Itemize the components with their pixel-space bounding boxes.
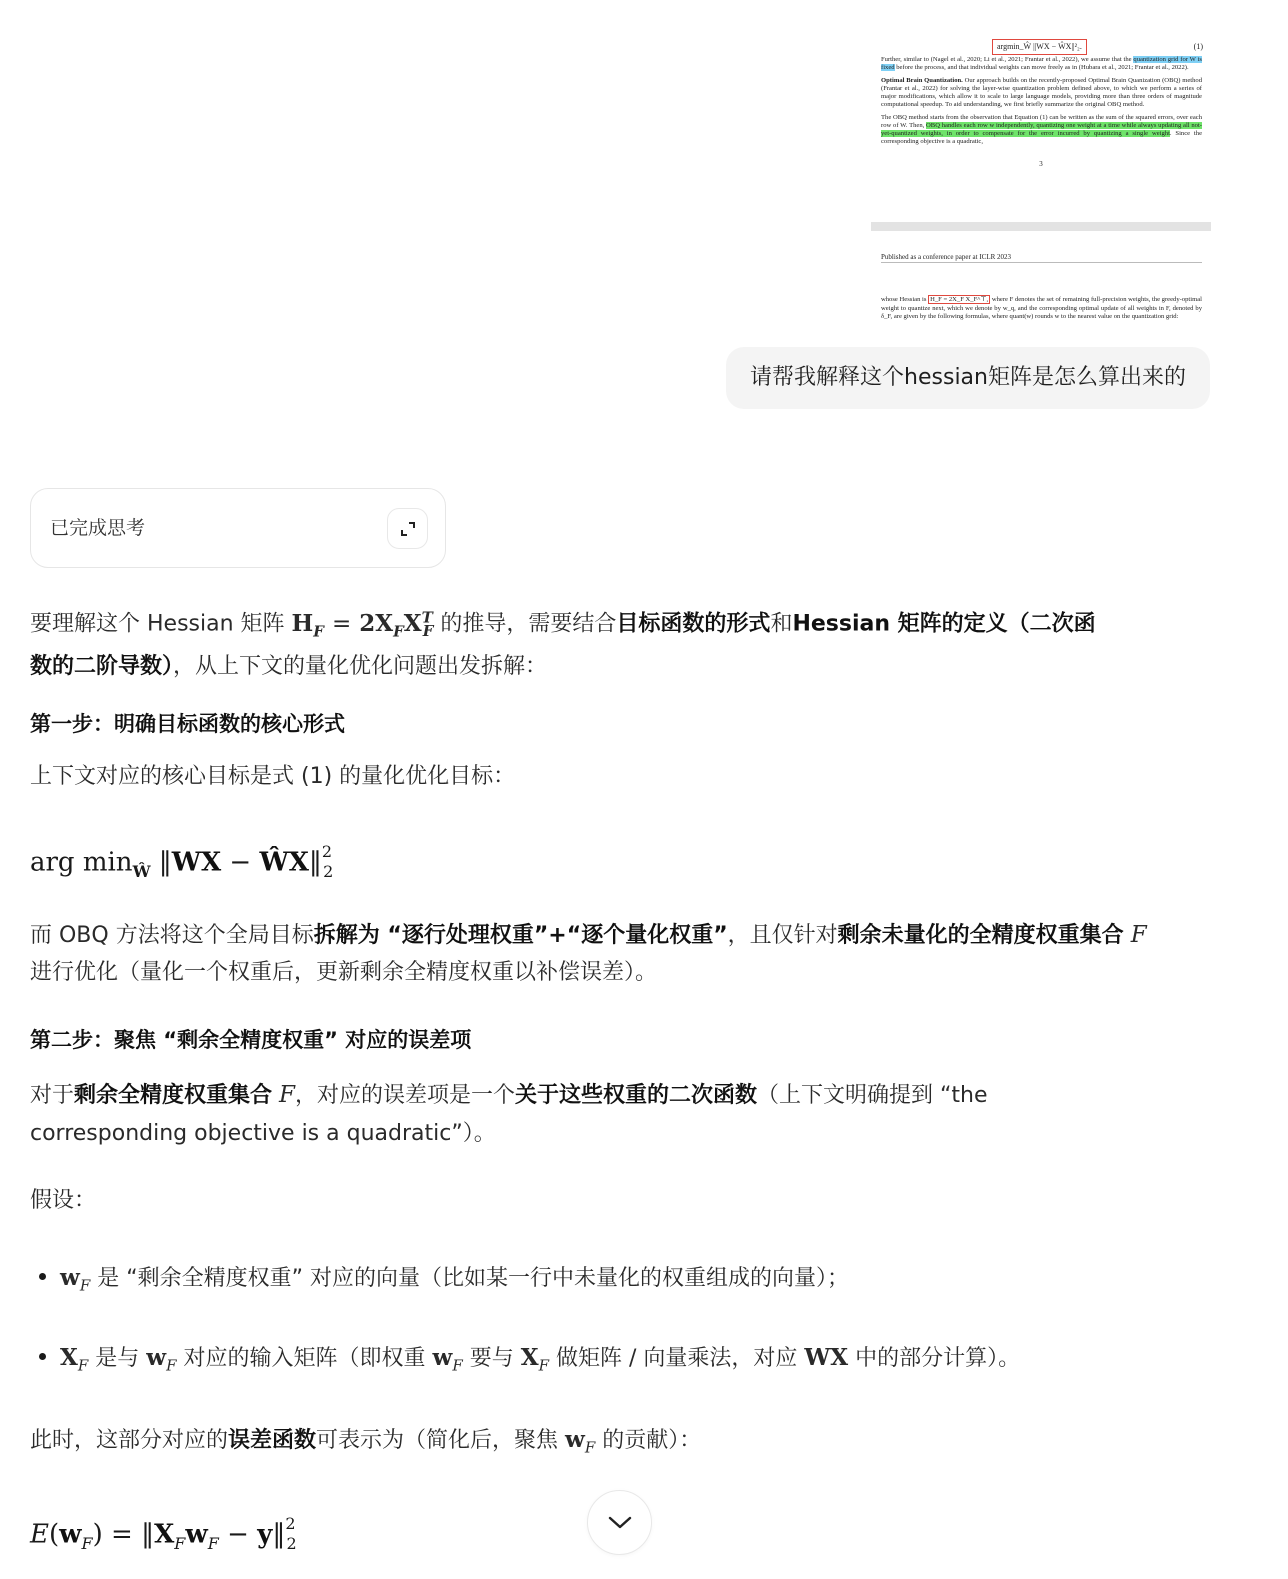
obq-line-2: 进行优化（量化一个权重后，更新剩余全精度权重以补偿误差）。 (30, 956, 657, 990)
assume-label: 假设： (30, 1184, 96, 1218)
chevron-down-icon (608, 1516, 632, 1530)
assumption-item-XF: XF 是与 wF 对应的输入矩阵（即权重 wF 要与 XF 做矩阵 / 向量乘法… (30, 1340, 1020, 1384)
obq-line-1: 而 OBQ 方法将这个全局目标拆解为 “逐行处理权重”+“逐个量化权重”，且仅针… (30, 918, 1147, 953)
math-hessian: HF = 2XFXTF (292, 610, 434, 637)
math-argmin-formula: arg minŴ ‖WX − ŴX‖22 (30, 836, 333, 892)
pdf-page-4: Published as a conference paper at ICLR … (871, 231, 1211, 334)
pdf-paragraph-hessian: whose Hessian is H_F = 2X_F X_F^⊤, where… (871, 296, 1211, 322)
pdf-paragraph-obq: Optimal Brain Quantization. Our approach… (871, 77, 1211, 109)
pdf-screenshot-attachment[interactable]: argmin_Ŵ ||WX − ŴX||²₂. (1) Further, sim… (871, 30, 1211, 334)
expand-icon (399, 520, 417, 538)
error-intro: 此时，这部分对应的误差函数可表示为（简化后，聚焦 wF 的贡献）： (30, 1422, 701, 1466)
expand-thinking-button[interactable] (387, 508, 428, 549)
pdf-page-3: argmin_Ŵ ||WX − ŴX||²₂. (1) Further, sim… (871, 30, 1211, 222)
pdf-equation-1-boxed: argmin_Ŵ ||WX − ŴX||²₂. (992, 39, 1087, 55)
thinking-label: 已完成思考 (50, 489, 145, 567)
pdf-paragraph-grid: Further, similar to (Nagel et al., 2020;… (871, 56, 1211, 72)
pdf-page-number: 3 (871, 160, 1211, 168)
step2-line-1: 对于剩余全精度权重集合 F，对应的误差项是一个关于这些权重的二次函数（上下文明确… (30, 1078, 988, 1113)
scroll-to-bottom-button[interactable] (587, 1490, 652, 1555)
assumption-item-wF: wF 是 “剩余全精度权重” 对应的向量（比如某一行中未量化的权重组成的向量）； (30, 1260, 1020, 1304)
thinking-status-card[interactable]: 已完成思考 (30, 488, 446, 568)
pdf-running-header: Published as a conference paper at ICLR … (881, 231, 1202, 263)
pdf-equation-number: (1) (1194, 42, 1203, 51)
step1-text: 上下文对应的核心目标是式 (1) 的量化优化目标： (30, 760, 515, 794)
step2-line-2: corresponding objective is a quadratic”）… (30, 1117, 496, 1151)
math-error-formula: E(wF) = ‖XFwF − y‖22 (30, 1508, 297, 1564)
pdf-hessian-boxed: H_F = 2X_F X_F^⊤, (928, 295, 990, 304)
user-message-bubble: 请帮我解释这个hessian矩阵是怎么算出来的 (726, 347, 1210, 409)
step1-heading: 第一步：明确目标函数的核心形式 (30, 708, 345, 740)
assumption-list: wF 是 “剩余全精度权重” 对应的向量（比如某一行中未量化的权重组成的向量）；… (30, 1260, 1020, 1383)
pdf-highlight-green: OBQ handles each row w independently, qu… (881, 122, 1202, 137)
intro-line-1: 要理解这个 Hessian 矩阵 HF = 2XFXTF 的推导，需要结合目标函… (30, 600, 1096, 648)
step2-heading: 第二步：聚焦 “剩余全精度权重” 对应的误差项 (30, 1024, 471, 1056)
pdf-page-divider (871, 222, 1211, 231)
intro-line-2: 数的二阶导数），从上下文的量化优化问题出发拆解： (30, 650, 547, 684)
pdf-paragraph-method: The OBQ method starts from the observati… (871, 114, 1211, 146)
